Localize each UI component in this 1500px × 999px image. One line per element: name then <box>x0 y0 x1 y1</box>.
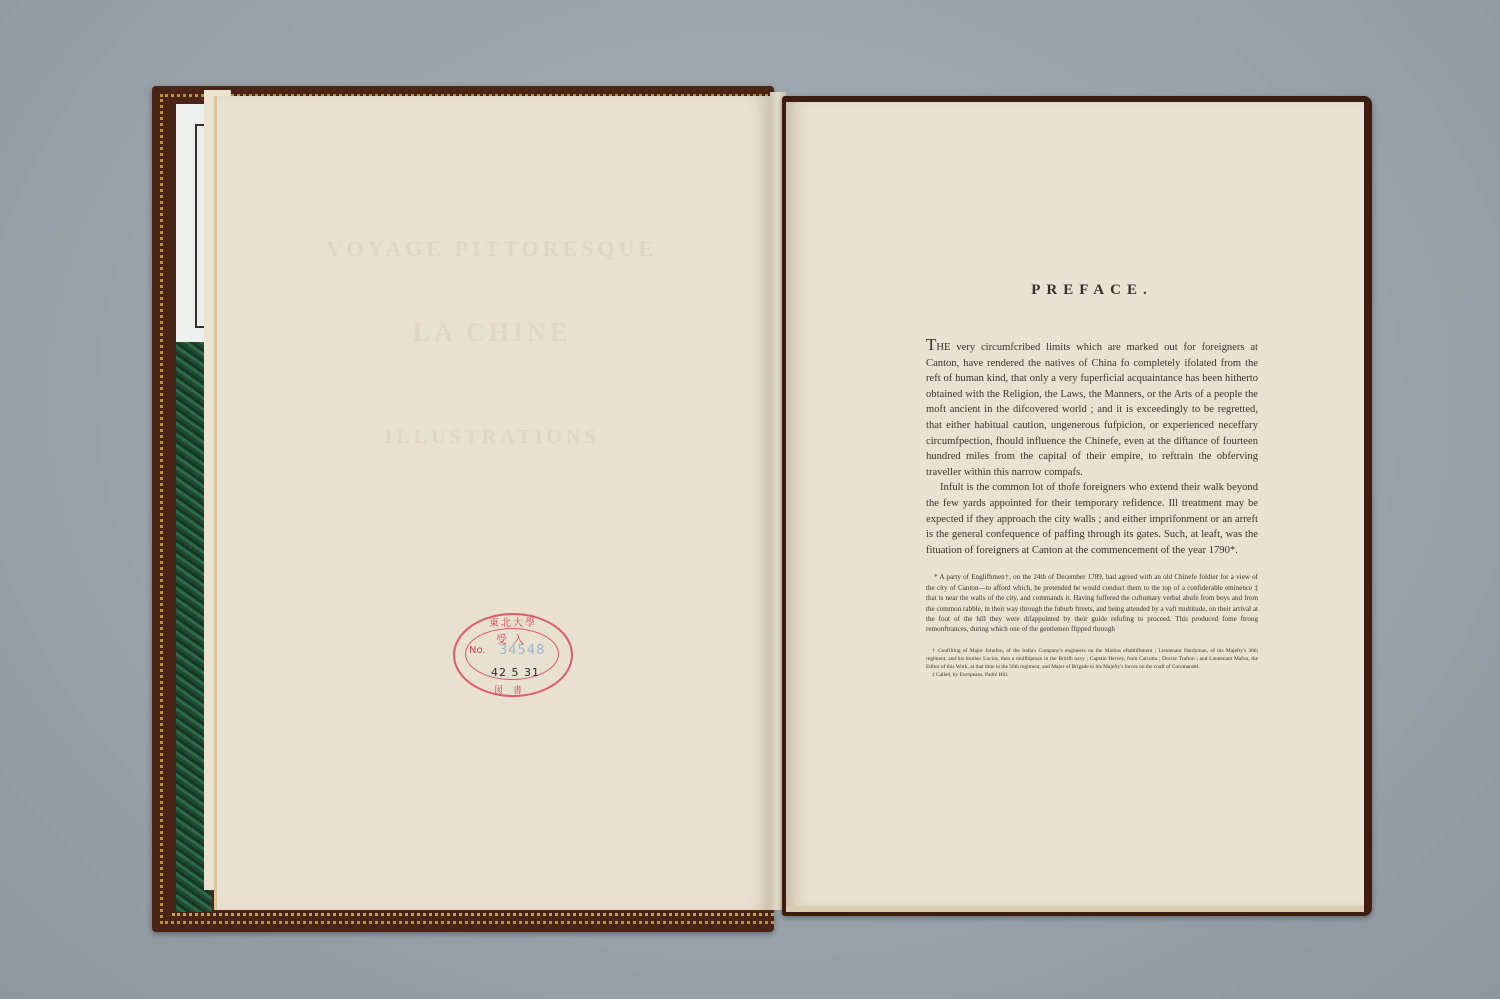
paragraph: Infult is the common lot of thofe foreig… <box>926 480 1258 558</box>
page-block-edge <box>786 906 1364 912</box>
paragraph: THE very circumfcribed limits which are … <box>926 337 1258 480</box>
gilt-bottom-roll <box>172 913 774 920</box>
left-page-edge <box>214 96 217 910</box>
show-through-line: VOYAGE PITTORESQUE <box>214 236 770 262</box>
show-through-line: ILLUSTRATIONS <box>214 426 770 449</box>
stamp-no-label: No. <box>469 645 486 656</box>
page-title: PREFACE. <box>926 282 1258 299</box>
footnote-block: * A party of Englifhmen†, on the 24th of… <box>926 572 1258 634</box>
library-accession-stamp: 東北大學 受入 No. 34548 42 5 31 図書 <box>453 613 573 697</box>
footnote: * A party of Englifhmen†, on the 24th of… <box>926 572 1258 634</box>
preface-text-block: PREFACE. THE very circumfcribed limits w… <box>926 282 1258 680</box>
left-page: VOYAGE PITTORESQUE LA CHINE ILLUSTRATION… <box>214 96 770 910</box>
stamp-institution: 東北大學 <box>455 614 571 629</box>
stamp-date: 42 5 31 <box>491 666 540 679</box>
show-through-line: LA CHINE <box>214 318 770 348</box>
stamp-accession-number: 34548 <box>499 643 545 658</box>
stamp-bottom-text: 図書 <box>455 683 571 696</box>
secondary-footnotes: † Confifting of Major Johnfon, of the In… <box>926 647 1258 680</box>
footnote: † Confifting of Major Johnfon, of the In… <box>926 647 1258 672</box>
footnote: ‡ Called, by Europeans, Padré Hill. <box>926 671 1258 679</box>
preface-body: THE very circumfcribed limits which are … <box>926 337 1258 558</box>
